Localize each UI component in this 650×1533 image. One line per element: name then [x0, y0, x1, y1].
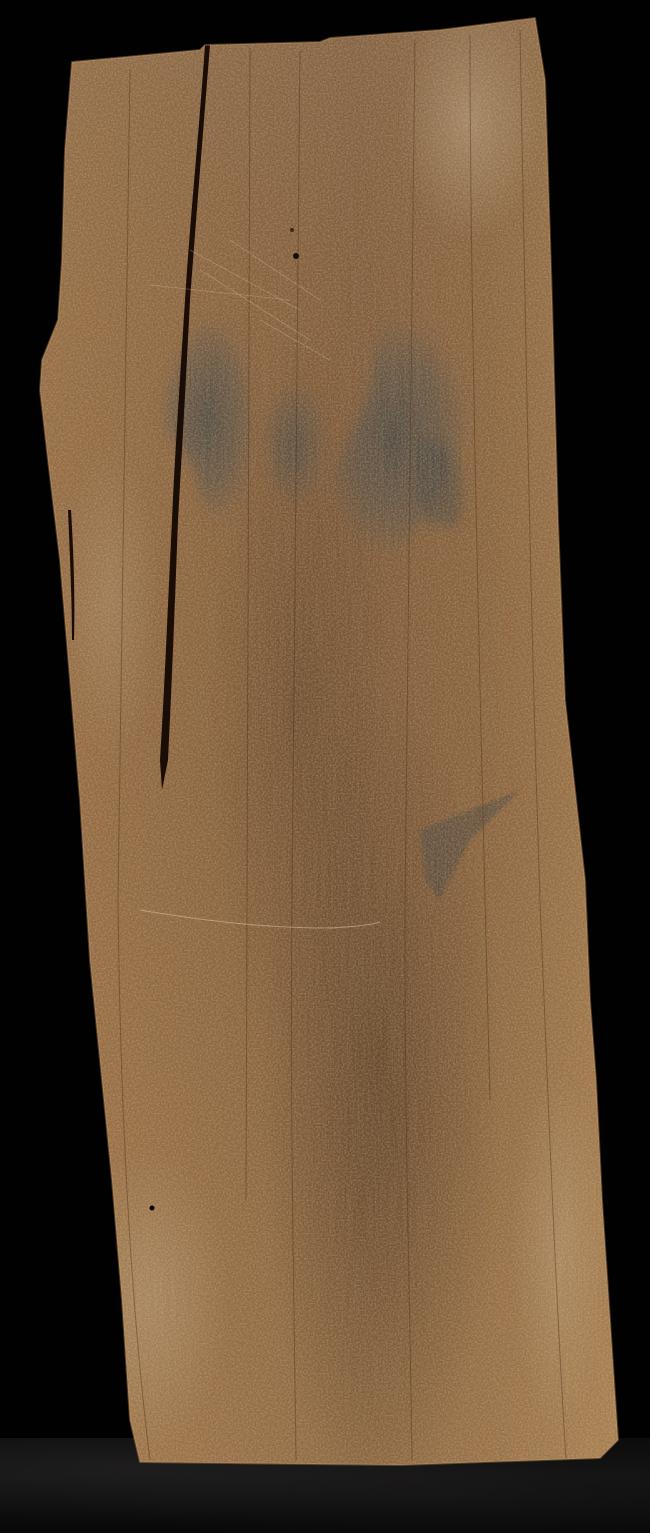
photo-background: weathered wooden plank — [0, 0, 650, 1533]
wooden-plank — [0, 0, 650, 1533]
